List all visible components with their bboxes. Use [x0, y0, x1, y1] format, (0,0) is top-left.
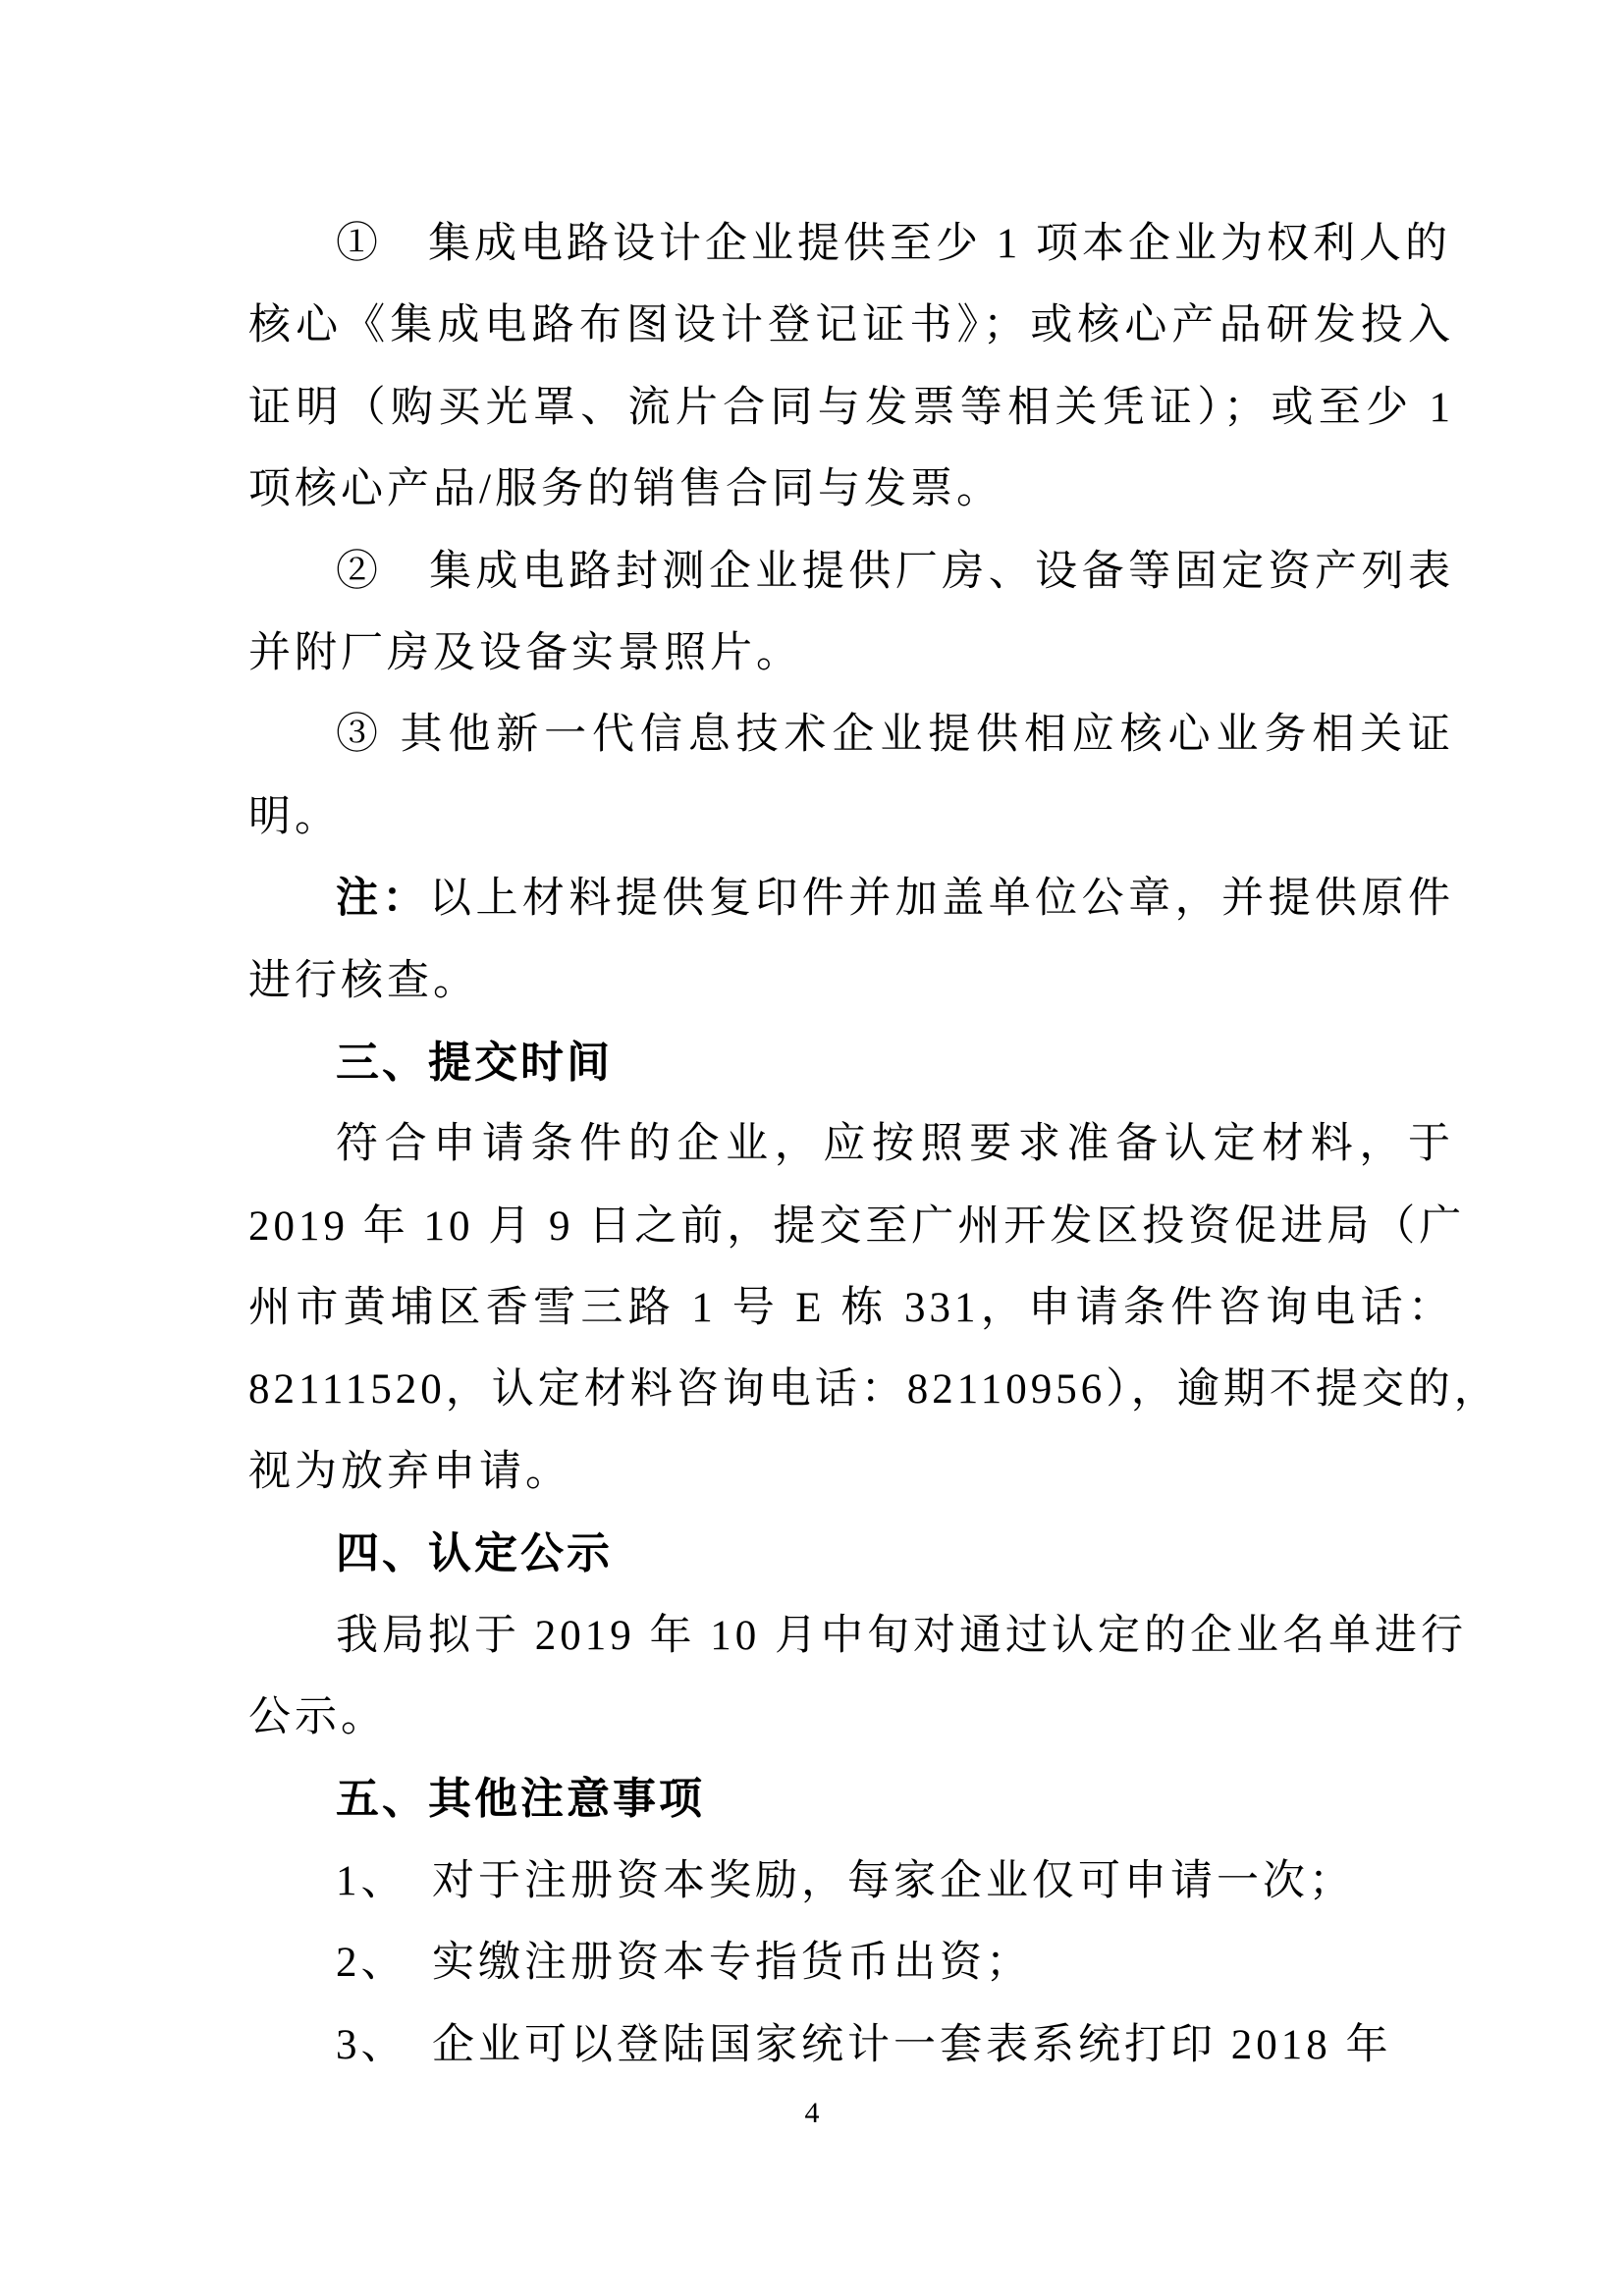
item1-line1: ① 集成电路设计企业提供至少 1 项本企业为权利人的	[248, 203, 1454, 285]
submission-para-line5: 视为放弃申请。	[248, 1431, 1454, 1513]
submission-para-line3: 州市黄埔区香雪三路 1 号 E 栋 331，申请条件咨询电话：	[248, 1267, 1454, 1349]
item1-line2: 核心《集成电路布图设计登记证书》；或核心产品研发投入	[248, 285, 1454, 366]
other-note-3: 3、 企业可以登陆国家统计一套表系统打印 2018 年	[248, 2004, 1454, 2086]
publicity-para-line1: 我局拟于 2019 年 10 月中旬对通过认定的企业名单进行	[248, 1595, 1454, 1677]
other-note-1: 1、 对于注册资本奖励，每家企业仅可申请一次；	[248, 1841, 1454, 1922]
item1-line4: 项核心产品/服务的销售合同与发票。	[248, 449, 1454, 530]
note-text: 以上材料提供复印件并加盖单位公章，并提供原件	[429, 876, 1454, 922]
item1-line3: 证明（购买光罩、流片合同与发票等相关凭证）；或至少 1	[248, 367, 1454, 449]
publicity-para-line2: 公示。	[248, 1677, 1454, 1758]
page-number: 4	[0, 2089, 1624, 2138]
note-label: 注：	[336, 875, 429, 922]
submission-para-line4: 82111520，认定材料咨询电话：82110956），逾期不提交的，	[248, 1349, 1454, 1430]
item2-line2: 并附厂房及设备实景照片。	[248, 613, 1454, 694]
heading-accreditation-publicity: 四、认定公示	[248, 1513, 1454, 1594]
other-note-2: 2、 实缴注册资本专指货币出资；	[248, 1922, 1454, 2003]
submission-para-line2: 2019 年 10 月 9 日之前，提交至广州开发区投资促进局（广	[248, 1186, 1454, 1267]
submission-para-line1: 符合申请条件的企业，应按照要求准备认定材料，于	[248, 1103, 1454, 1185]
heading-other-notes: 五、其他注意事项	[248, 1758, 1454, 1840]
document-body: ① 集成电路设计企业提供至少 1 项本企业为权利人的 核心《集成电路布图设计登记…	[248, 203, 1454, 2086]
note-line1: 注：以上材料提供复印件并加盖单位公章，并提供原件	[248, 858, 1454, 939]
item3-line2: 明。	[248, 776, 1454, 858]
heading-submission-time: 三、提交时间	[248, 1022, 1454, 1103]
document-page: ① 集成电路设计企业提供至少 1 项本企业为权利人的 核心《集成电路布图设计登记…	[0, 0, 1624, 2296]
item3-line1: ③ 其他新一代信息技术企业提供相应核心业务相关证	[248, 694, 1454, 775]
note-line2: 进行核查。	[248, 940, 1454, 1022]
item2-line1: ② 集成电路封测企业提供厂房、设备等固定资产列表	[248, 531, 1454, 613]
